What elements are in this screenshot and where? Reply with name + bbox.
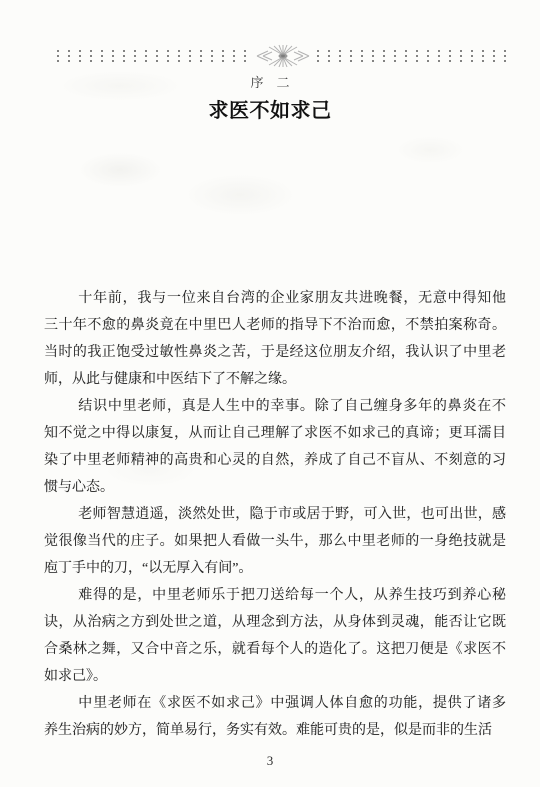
text-line: 当时的我正饱受过敏性鼻炎之苦，于是经这位朋友介绍，我认识了中里老	[44, 339, 506, 366]
text-line: 诀，从治病之方到处世之道，从理念到方法，从身体到灵魂，能否让它既	[44, 609, 506, 636]
text-line: 结识中里老师，真是人生中的幸事。除了自己缠身多年的鼻炎在不	[44, 393, 506, 420]
text-line: 老师智慧逍遥，淡然处世，隐于市或居于野，可入世，也可出世，感	[44, 501, 506, 528]
page-title: 求医不如求己	[0, 94, 540, 123]
paragraph: 难得的是，中里老师乐于把刀送给每一个人，从养生技巧到养心秘诀，从治病之方到处世之…	[44, 582, 506, 690]
dotted-rule-right-icon	[317, 50, 509, 62]
text-line: 如求己》。	[44, 663, 506, 690]
text-line: 庖丁手中的刀，“以无厚入有间”。	[44, 555, 506, 582]
text-line: 合桑林之舞，又合中音之乐，就看每个人的造化了。这把刀便是《求医不	[44, 636, 506, 663]
text-line: 十年前，我与一位来自台湾的企业家朋友共进晚餐，无意中得知他	[44, 285, 506, 312]
paragraph: 老师智慧逍遥，淡然处世，隐于市或居于野，可入世，也可出世，感觉很像当代的庄子。如…	[44, 501, 506, 582]
book-page: 序 二 求医不如求己 十年前，我与一位来自台湾的企业家朋友共进晚餐，无意中得知他…	[0, 0, 540, 787]
text-line: 惯与心态。	[44, 474, 506, 501]
text-line: 难得的是，中里老师乐于把刀送给每一个人，从养生技巧到养心秘	[44, 582, 506, 609]
paragraph: 十年前，我与一位来自台湾的企业家朋友共进晚餐，无意中得知他三十年不愈的鼻炎竟在中…	[44, 285, 506, 393]
dotted-rule-left-icon	[57, 50, 249, 62]
page-number: 3	[0, 753, 540, 769]
decorative-divider	[57, 47, 508, 65]
text-line: 染了中里老师精神的高贵和心灵的自然，养成了自己不盲从、不刻意的习	[44, 447, 506, 474]
body-text: 十年前，我与一位来自台湾的企业家朋友共进晚餐，无意中得知他三十年不愈的鼻炎竟在中…	[44, 285, 506, 744]
text-line: 知不觉之中得以康复，从而让自己理解了求医不如求己的真谛；更耳濡目	[44, 420, 506, 447]
text-line: 中里老师在《求医不如求己》中强调人体自愈的功能，提供了诸多	[44, 690, 506, 717]
text-line: 觉很像当代的庄子。如果把人看做一头牛，那么中里老师的一身绝技就是	[44, 528, 506, 555]
text-line: 三十年不愈的鼻炎竟在中里巴人老师的指导下不治而愈，不禁拍案称奇。	[44, 312, 506, 339]
text-line: 师，从此与健康和中医结下了不解之缘。	[44, 366, 506, 393]
paragraph: 中里老师在《求医不如求己》中强调人体自愈的功能，提供了诸多养生治病的妙方，简单易…	[44, 690, 506, 744]
section-label: 序 二	[0, 72, 540, 91]
paragraph: 结识中里老师，真是人生中的幸事。除了自己缠身多年的鼻炎在不知不觉之中得以康复，从…	[44, 393, 506, 501]
text-line: 养生治病的妙方，简单易行，务实有效。难能可贵的是，似是而非的生活	[44, 717, 506, 744]
floral-ornament-icon	[255, 44, 311, 68]
